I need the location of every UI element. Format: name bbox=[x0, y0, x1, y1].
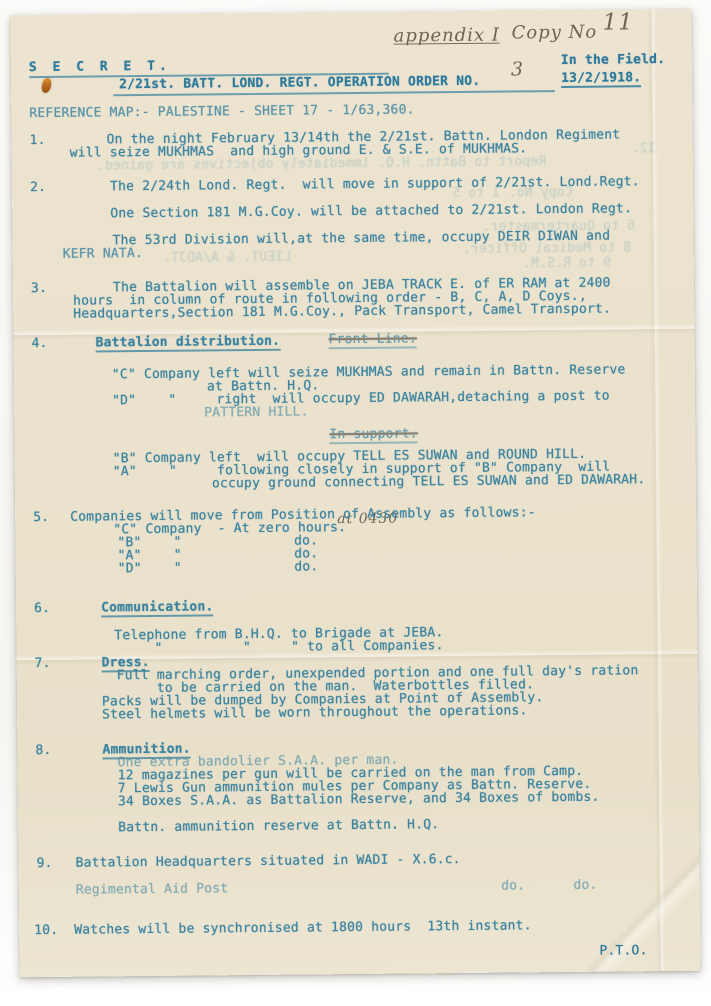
section-8-line: Battn. ammunition reserve at Battn. H.Q. bbox=[118, 818, 439, 834]
section-4-line: PATTERN HILL. bbox=[204, 405, 308, 419]
section-7-line: Steel helmets will be worn throughout th… bbox=[102, 704, 528, 721]
section-6-line: " " " to all Companies. bbox=[114, 639, 443, 655]
handwritten-order-number: 3 bbox=[511, 63, 524, 76]
handwritten-appendix-note: appendix I bbox=[394, 29, 500, 45]
section-4-line: "C" Company left will seize MUKHMAS and … bbox=[112, 363, 626, 381]
ghost-ink-imprint: 12. bbox=[632, 142, 656, 155]
section-8-number: 8. bbox=[35, 744, 51, 757]
handwritten-copy-no-label: Copy No bbox=[512, 26, 598, 40]
section-2-line: One Section 181 M.G.Coy. will be attache… bbox=[110, 202, 632, 220]
section-5-line: "D" " do. bbox=[118, 560, 319, 575]
section-10-number: 10. bbox=[34, 924, 58, 937]
handwritten-copy-no-value: 11 bbox=[602, 16, 633, 29]
section-4-number: 4. bbox=[31, 337, 47, 350]
section-6-number: 6. bbox=[34, 602, 50, 615]
location-in-the-field: In the Field. bbox=[561, 53, 665, 67]
section-9-line: Battalion Headquarters situated in WADI … bbox=[75, 853, 460, 870]
section-5-number: 5. bbox=[33, 511, 49, 524]
section-10-line: Watches will be synchronised at 1800 hou… bbox=[74, 919, 532, 936]
ghost-ink-imprint: LIEUT. & A/ADJT. bbox=[163, 251, 292, 265]
section-4-line: "D" " right will occupy ED DAWARAH,detac… bbox=[112, 390, 610, 408]
section-3-line: Headquarters,Section 181 M.G.Coy., Pack … bbox=[73, 303, 611, 321]
section-9-number: 9. bbox=[36, 857, 52, 870]
classification-secret: S E C R E T. bbox=[29, 60, 171, 74]
ghost-ink-imprint: 9 to R.S.M. bbox=[523, 257, 611, 271]
typewritten-order-page: 12. Report to Battn. H.Q. immediately ob… bbox=[10, 9, 700, 977]
section-7-number: 7. bbox=[35, 657, 51, 670]
rust-stain-mark bbox=[40, 77, 53, 94]
section-6-heading: Communication. bbox=[101, 600, 214, 617]
scanned-document-photo: { "annotations": { "appendix": "appendix… bbox=[0, 0, 711, 1006]
front-line-label-crossed-out: Front Line. bbox=[328, 332, 416, 349]
section-3-number: 3. bbox=[31, 282, 47, 295]
section-4-line: occupy ground connecting TELL ES SUWAN a… bbox=[212, 473, 646, 490]
section-2-line: KEFR NATA. bbox=[63, 247, 143, 261]
section-9-line: Regimental Aid Post do. do. bbox=[76, 879, 598, 897]
in-support-label-crossed-out: In support. bbox=[329, 427, 417, 444]
section-8-line: 34 Boxes S.A.A. as Battalion Reserve, an… bbox=[118, 791, 600, 809]
reference-map-line: REFERENCE MAP:- PALESTINE - SHEET 17 - 1… bbox=[29, 103, 414, 120]
section-4-heading: Battalion distribution. bbox=[95, 335, 280, 353]
order-title: 2/21st. BATT. LOND. REGT. OPERATION ORDE… bbox=[119, 75, 480, 91]
section-1-number: 1. bbox=[30, 134, 46, 147]
pto-footer: P.T.O. bbox=[599, 944, 647, 957]
order-date: 13/2/1918. bbox=[561, 71, 641, 88]
section-2-number: 2. bbox=[30, 181, 46, 194]
